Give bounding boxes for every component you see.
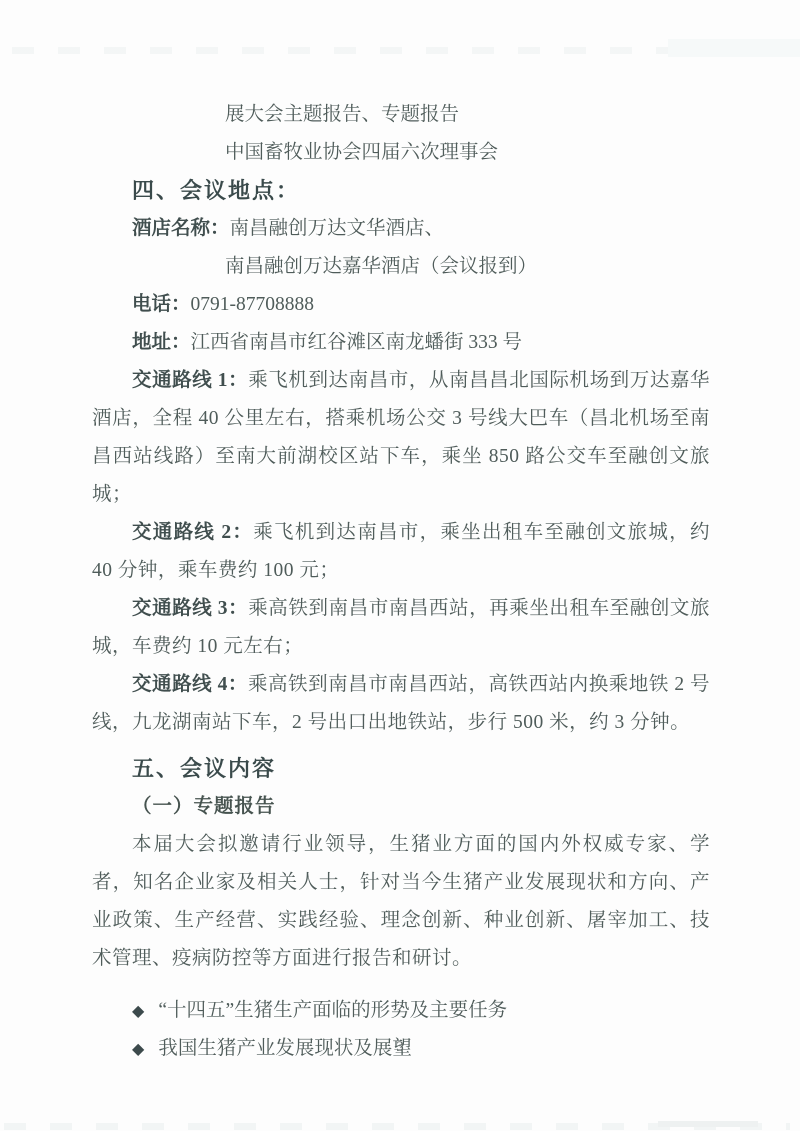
- page-content: 展大会主题报告、专题报告 中国畜牧业协会四届六次理事会 四、会议地点： 酒店名称…: [92, 96, 710, 1068]
- section4-heading: 四、会议地点：: [92, 172, 710, 210]
- hotel-name-line: 酒店名称：南昌融创万达文华酒店、: [92, 210, 710, 248]
- topic-bullet-1-text: “十四五”生猪生产面临的形势及主要任务: [158, 1000, 507, 1021]
- route-paragraph-1: 交通路线 1：乘飞机到达南昌市，从南昌昌北国际机场到万达嘉华酒店，全程 40 公…: [92, 362, 710, 514]
- hotel-name-label: 酒店名称：: [132, 218, 230, 239]
- hotel-name-value: 南昌融创万达文华酒店、: [230, 218, 445, 239]
- phone-label: 电话：: [132, 294, 191, 315]
- section5-heading: 五、会议内容: [92, 750, 710, 788]
- diamond-bullet-icon: ◆: [132, 1001, 144, 1020]
- scan-noise-top-right: [668, 39, 800, 57]
- address-line: 地址：江西省南昌市红谷滩区南龙蟠街 333 号: [92, 324, 710, 362]
- phone-line: 电话：0791-87708888: [92, 286, 710, 324]
- route-3-label: 交通路线 3：: [132, 598, 248, 619]
- route-paragraph-4: 交通路线 4：乘高铁到南昌市南昌西站，高铁西站内换乘地铁 2 号线，九龙湖南站下…: [92, 666, 710, 742]
- route-4-label: 交通路线 4：: [132, 674, 248, 695]
- hotel-name-line2: 南昌融创万达嘉华酒店（会议报到）: [92, 248, 710, 286]
- route-paragraph-2: 交通路线 2：乘飞机到达南昌市，乘坐出租车至融创文旅城，约 40 分钟，乘车费约…: [92, 514, 710, 590]
- address-label: 地址：: [132, 332, 191, 353]
- section5-paragraph: 本届大会拟邀请行业领导，生猪业方面的国内外权威专家、学者，知名企业家及相关人士，…: [92, 826, 710, 978]
- document-page: 展大会主题报告、专题报告 中国畜牧业协会四届六次理事会 四、会议地点： 酒店名称…: [0, 0, 800, 1131]
- route-1-label: 交通路线 1：: [132, 370, 248, 391]
- address-value: 江西省南昌市红谷滩区南龙蟠街 333 号: [191, 332, 523, 353]
- phone-value: 0791-87708888: [191, 294, 315, 315]
- scan-noise-bottom-right: [658, 1121, 758, 1127]
- agenda-continuation-line: 中国畜牧业协会四届六次理事会: [92, 134, 710, 172]
- topic-bullet-1: ◆“十四五”生猪生产面临的形势及主要任务: [92, 992, 710, 1030]
- agenda-continuation-line: 展大会主题报告、专题报告: [92, 96, 710, 134]
- route-2-label: 交通路线 2：: [132, 522, 253, 543]
- section5-subheading: （一）专题报告: [92, 788, 710, 826]
- route-paragraph-3: 交通路线 3：乘高铁到南昌市南昌西站，再乘坐出租车至融创文旅城，车费约 10 元…: [92, 590, 710, 666]
- page-number: 3: [0, 1036, 800, 1058]
